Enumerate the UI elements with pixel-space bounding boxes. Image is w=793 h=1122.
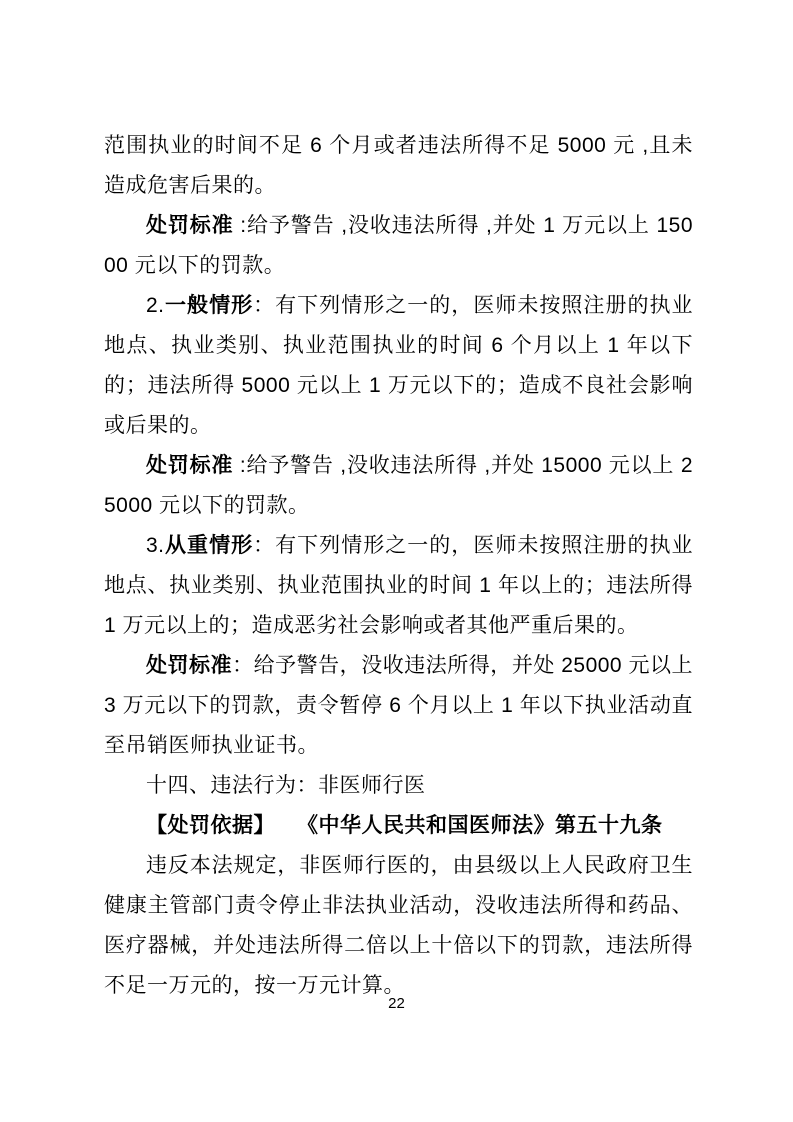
paragraph-text: 3.: [146, 534, 165, 557]
paragraph-bold-text: 处罚标准: [146, 214, 234, 237]
page-number: 22: [0, 994, 793, 1014]
paragraph-bold-text: 从重情形: [165, 534, 254, 557]
paragraph: 处罚标准 :给予警告 ,没收违法所得 ,并处 15000 元以上 25000 元…: [104, 446, 693, 526]
paragraph: 处罚标准 :给予警告 ,没收违法所得 ,并处 1 万元以上 15000 元以下的…: [104, 206, 693, 286]
paragraph-text: 2.: [146, 294, 165, 317]
paragraph: 2.一般情形：有下列情形之一的，医师未按照注册的执业地点、执业类别、执业范围执业…: [104, 286, 693, 446]
document-body: 范围执业的时间不足 6 个月或者违法所得不足 5000 元 ,且未造成危害后果的…: [104, 126, 693, 1006]
paragraph: 范围执业的时间不足 6 个月或者违法所得不足 5000 元 ,且未造成危害后果的…: [104, 126, 693, 206]
paragraph: 十四、违法行为：非医师行医: [104, 766, 693, 806]
paragraph: 处罚标准：给予警告，没收违法所得，并处 25000 元以上 3 万元以下的罚款，…: [104, 646, 693, 766]
paragraph: 违反本法规定，非医师行医的，由县级以上人民政府卫生健康主管部门责令停止非法执业活…: [104, 846, 693, 1006]
document-page: 范围执业的时间不足 6 个月或者违法所得不足 5000 元 ,且未造成危害后果的…: [0, 0, 793, 1122]
paragraph: 【处罚依据】 《中华人民共和国医师法》第五十九条: [104, 806, 693, 846]
paragraph-bold-text: 处罚标准: [146, 454, 233, 477]
paragraph-text: 十四、违法行为：非医师行医: [146, 774, 426, 797]
paragraph-text: 违反本法规定，非医师行医的，由县级以上人民政府卫生健康主管部门责令停止非法执业活…: [104, 854, 693, 997]
paragraph-text: 范围执业的时间不足 6 个月或者违法所得不足 5000 元 ,且未造成危害后果的…: [104, 134, 693, 197]
paragraph-bold-text: 一般情形: [165, 294, 254, 317]
paragraph: 3.从重情形：有下列情形之一的，医师未按照注册的执业地点、执业类别、执业范围执业…: [104, 526, 693, 646]
paragraph-bold-text: 处罚标准: [146, 654, 232, 677]
paragraph-bold-text: 【处罚依据】 《中华人民共和国医师法》第五十九条: [146, 814, 663, 837]
